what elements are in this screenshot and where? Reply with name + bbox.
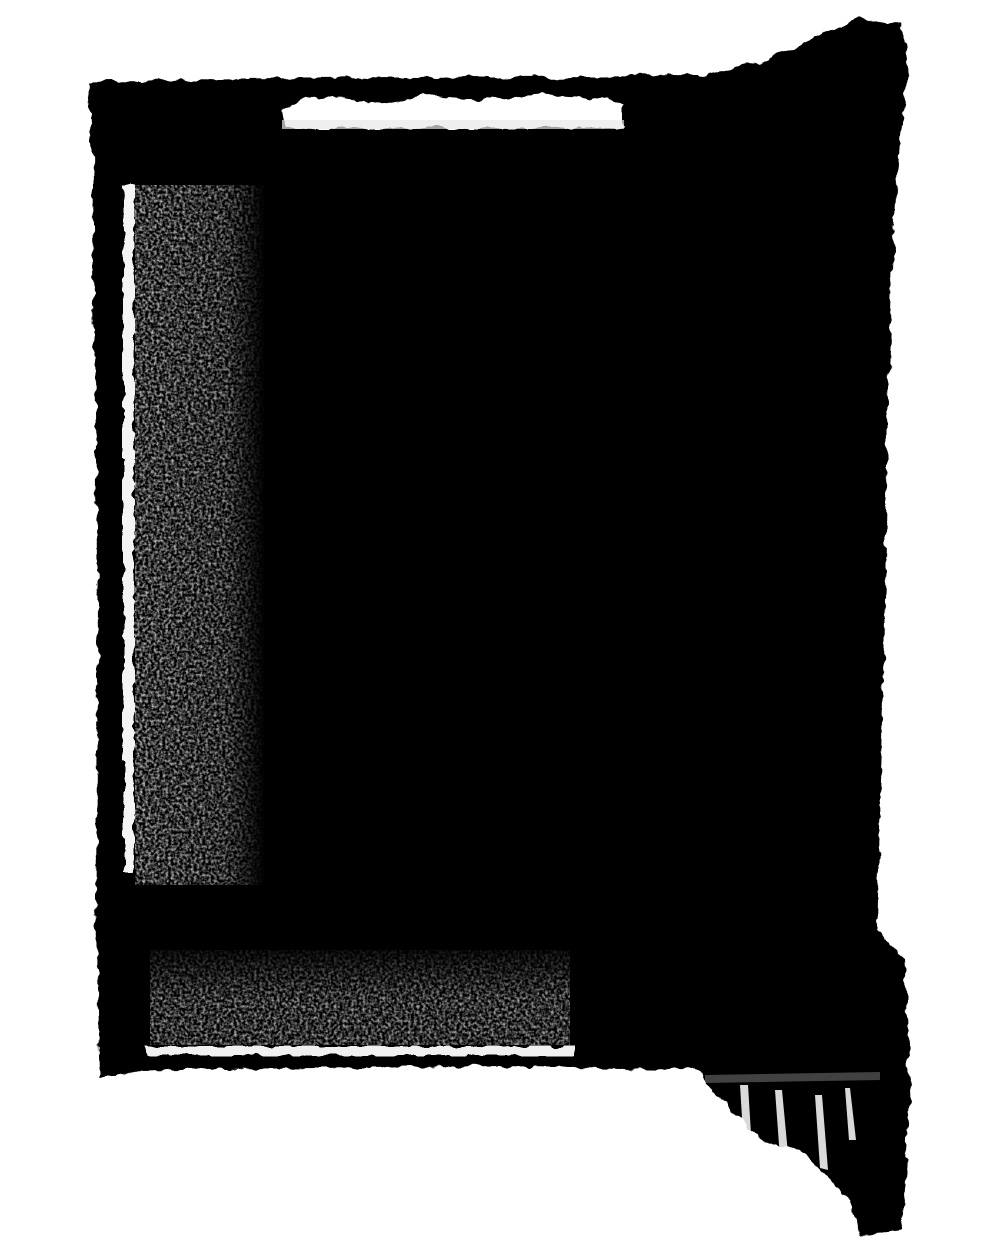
film-edge-left [123, 185, 134, 875]
grunge-frame-artwork [0, 0, 1000, 1250]
film-edge-bottom [145, 1046, 575, 1056]
texture-band-bottom [150, 940, 570, 1045]
texture-strip-left [135, 185, 265, 885]
